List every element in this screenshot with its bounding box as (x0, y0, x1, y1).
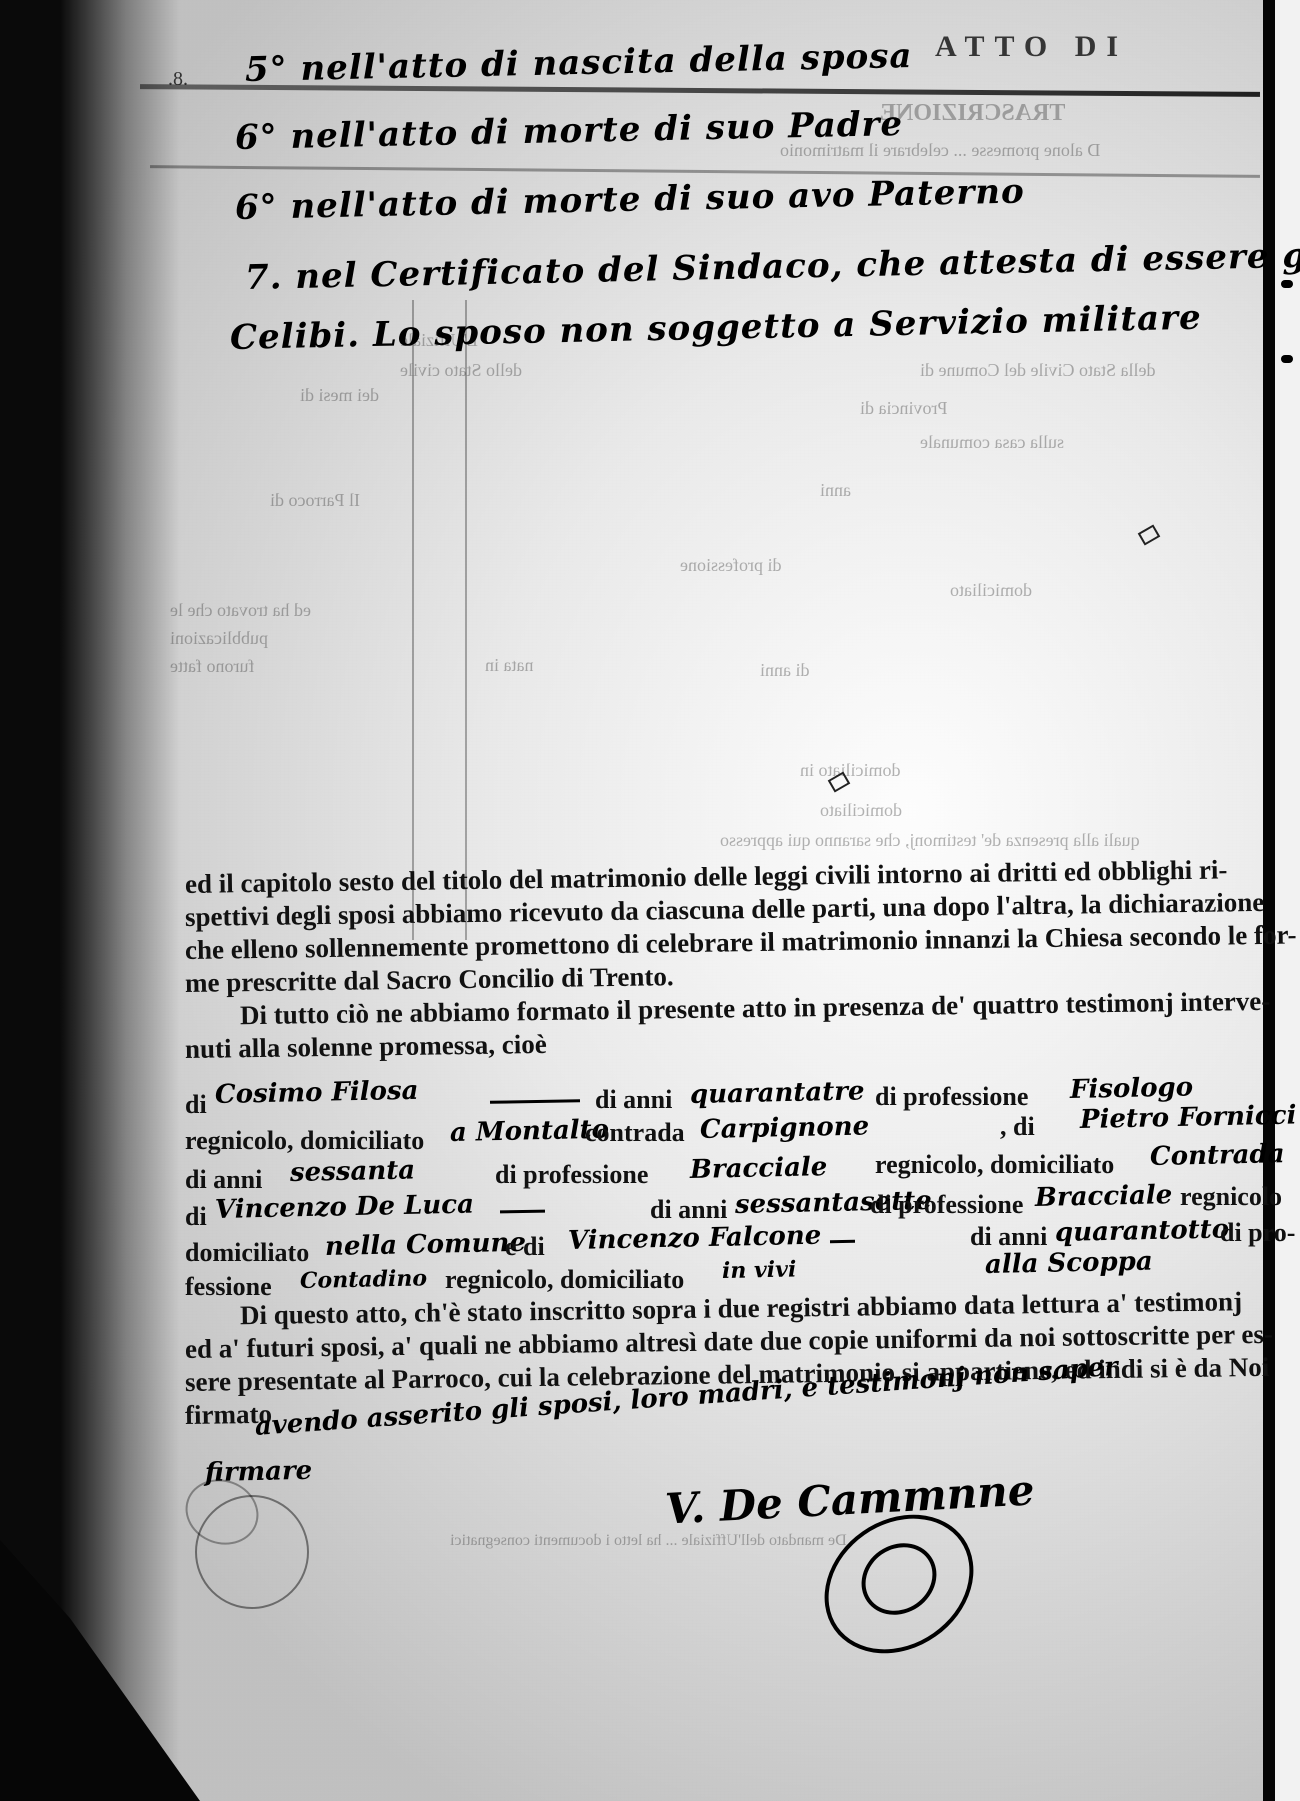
witness-profession: Contadino (300, 1265, 428, 1294)
column-rule (465, 300, 467, 940)
bleed-fragment: Provincia di (860, 398, 948, 419)
witness-profession: Bracciale (690, 1152, 828, 1185)
bleed-footer: De mandato dell'Uffiziale ... ha letto i… (450, 1532, 847, 1550)
bleed-left-fragment: dei mesi di (300, 385, 379, 406)
margin-mark (1281, 355, 1293, 363)
bleed-left-fragment: dello Stato civile (400, 360, 522, 381)
witness-name: Vincenzo Falcone (568, 1221, 822, 1256)
margin-mark (1281, 280, 1293, 288)
form-label: di (185, 1202, 207, 1232)
bleed-left-fragment: ed ha trovato che le (170, 600, 311, 621)
witness-name: Vincenzo De Luca (215, 1190, 475, 1225)
witness-domicile: Contrada (1150, 1139, 1285, 1172)
form-label: di anni (595, 1085, 672, 1115)
binding-shadow (60, 0, 180, 1801)
form-label: di (185, 1090, 207, 1120)
witness-profession: Fisologo (1070, 1072, 1194, 1105)
witness-domicile: nella Comune (325, 1228, 527, 1262)
form-label: di anni (970, 1222, 1047, 1252)
witness-age: sessanta (290, 1155, 416, 1188)
form-label: di anni (650, 1195, 727, 1225)
bleed-fragment: della Stato Civile del Comune di (920, 360, 1155, 381)
witness-domicile-extra: alla Scoppa (985, 1246, 1153, 1280)
bleed-fragment: anni (820, 480, 851, 501)
bleed-fragment: di professione (680, 555, 781, 576)
witness-name: Cosimo Filosa (215, 1076, 419, 1110)
form-label: domiciliato (185, 1238, 309, 1268)
bleed-left-fragment: nata in (485, 655, 533, 676)
witness-age: quarantotto (1055, 1214, 1230, 1248)
bleed-fragment: domiciliato in (800, 760, 901, 781)
form-label: e di (505, 1232, 545, 1262)
bleed-heading: TRASCRIZIONE (880, 100, 1065, 127)
form-label: di professione (495, 1160, 648, 1190)
bleed-left-fragment: furono fatte (170, 656, 254, 677)
form-label: contrada (585, 1118, 685, 1148)
form-label: regnicolo, domiciliato (875, 1150, 1114, 1180)
form-label: regnicolo (1180, 1182, 1282, 1212)
bleed-left-fragment: Il Parroco di (270, 490, 360, 511)
bleed-fragment: domiciliato (950, 580, 1032, 601)
form-label: di professione (875, 1082, 1028, 1112)
witness-name: Pietro Fornicci (1080, 1100, 1297, 1135)
form-label: di anni (185, 1165, 262, 1195)
printed-paragraph-1: ed il capitolo sesto del titolo del matr… (185, 868, 1265, 1066)
bleed-fragment: sulla casa comunale (920, 432, 1064, 453)
bleed-fragment: domiciliato (820, 800, 902, 821)
column-rule (412, 300, 414, 940)
form-label: di professione (870, 1190, 1023, 1220)
form-label: , di (1000, 1112, 1035, 1142)
witness-contrada: Carpignone (700, 1111, 870, 1145)
bleed-fragment: quali alla presenza de' testimonj, che s… (720, 830, 1140, 851)
witness-domicile: in vivi (722, 1256, 797, 1284)
bleed-left-fragment: pubblicazioni (170, 628, 268, 649)
witness-profession: Bracciale (1035, 1180, 1173, 1213)
form-label: di pro- (1220, 1218, 1295, 1248)
form-label: regnicolo, domiciliato (185, 1126, 424, 1156)
form-label: regnicolo, domiciliato (445, 1265, 684, 1295)
fill-dash (830, 1240, 855, 1243)
witness-age: quarantatre (690, 1076, 865, 1110)
bleed-fragment: di anni (760, 660, 810, 681)
page-header-title: ATTO DI (935, 30, 1128, 64)
form-label: fessione (185, 1272, 272, 1302)
